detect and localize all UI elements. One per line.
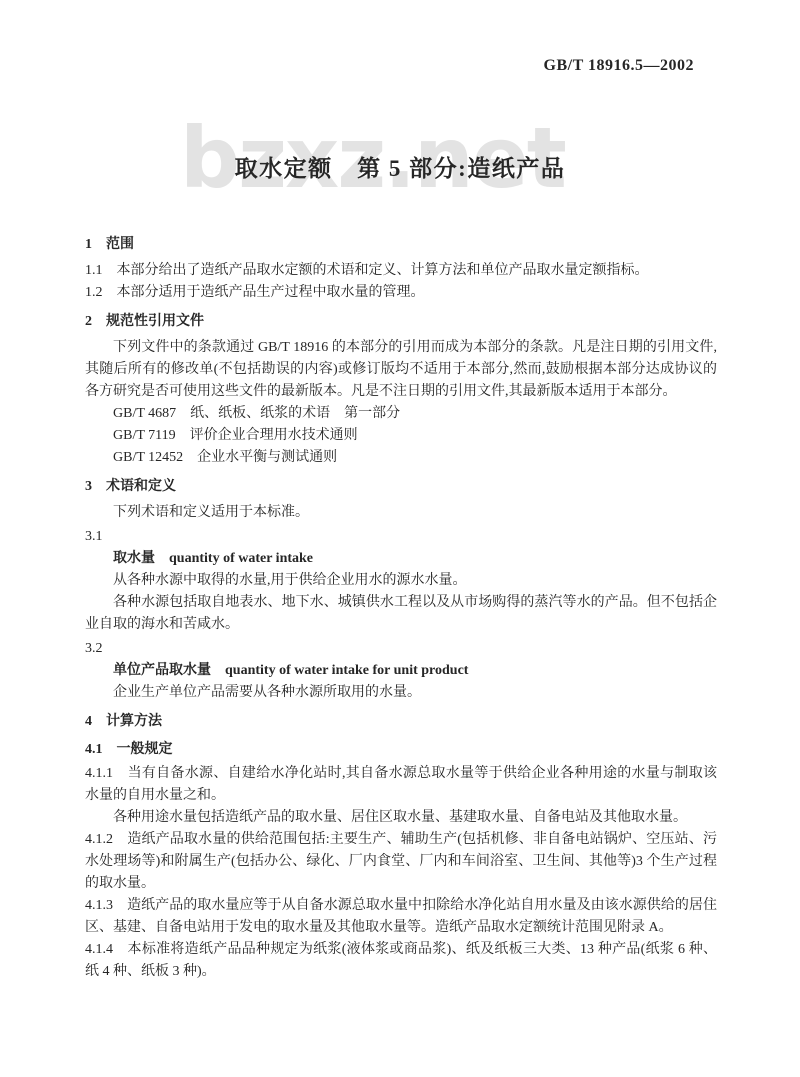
section-2-heading: 2 规范性引用文件: [85, 311, 717, 333]
clause-1-2: 1.2 本部分适用于造纸产品生产过程中取水量的管理。: [85, 282, 717, 304]
clause-1-1: 1.1 本部分给出了造纸产品取水定额的术语和定义、计算方法和单位产品取水量定额指…: [85, 260, 717, 282]
scanned-standard-page: GB/T 18916.5—2002 bzxz.net 取水定额 第 5 部分:造…: [0, 0, 800, 1077]
page-title: 取水定额 第 5 部分:造纸产品: [0, 150, 800, 183]
section-4-heading: 4 计算方法: [85, 711, 717, 733]
term-water-intake-definition: 从各种水源中取得的水量,用于供给企业用水的源水水量。: [85, 570, 717, 592]
clause-4-1-2: 4.1.2 造纸产品取水量的供给范围包括:主要生产、辅助生产(包括机修、非自备电…: [85, 829, 717, 895]
term-unit-product-definition: 企业生产单位产品需要从各种水源所取用的水量。: [85, 682, 717, 704]
term-water-intake-note: 各种水源包括取自地表水、地下水、城镇供水工程以及从市场购得的蒸汽等水的产品。但不…: [85, 592, 717, 636]
reference-gbt-7119: GB/T 7119 评价企业合理用水技术通则: [85, 425, 717, 447]
clause-4-1-4: 4.1.4 本标准将造纸产品品种规定为纸浆(液体浆或商品浆)、纸及纸板三大类、1…: [85, 939, 717, 983]
clause-4-1-1-note: 各种用途水量包括造纸产品的取水量、居住区取水量、基建取水量、自备电站及其他取水量…: [85, 807, 717, 829]
clause-4-1-1: 4.1.1 当有自备水源、自建给水净化站时,其自备水源总取水量等于供给企业各种用…: [85, 763, 717, 807]
term-water-intake: 取水量 quantity of water intake: [85, 548, 717, 570]
standard-number: GB/T 18916.5—2002: [544, 57, 694, 75]
section-1-heading: 1 范围: [85, 234, 717, 256]
clause-4-1-3: 4.1.3 造纸产品的取水量应等于从自备水源总取水量中扣除给水净化站自用水量及由…: [85, 895, 717, 939]
term-unit-product-water-intake: 单位产品取水量 quantity of water intake for uni…: [85, 660, 717, 682]
clause-4-1-heading: 4.1 一般规定: [85, 739, 717, 761]
clause-3-2-number: 3.2: [85, 638, 717, 660]
clause-3-1-number: 3.1: [85, 526, 717, 548]
section-2-intro: 下列文件中的条款通过 GB/T 18916 的本部分的引用而成为本部分的条款。凡…: [85, 337, 717, 403]
section-3-heading: 3 术语和定义: [85, 476, 717, 498]
reference-gbt-4687: GB/T 4687 纸、纸板、纸浆的术语 第一部分: [85, 403, 717, 425]
document-body: 1 范围 1.1 本部分给出了造纸产品取水定额的术语和定义、计算方法和单位产品取…: [85, 227, 717, 983]
reference-gbt-12452: GB/T 12452 企业水平衡与测试通则: [85, 447, 717, 469]
section-3-intro: 下列术语和定义适用于本标准。: [85, 502, 717, 524]
